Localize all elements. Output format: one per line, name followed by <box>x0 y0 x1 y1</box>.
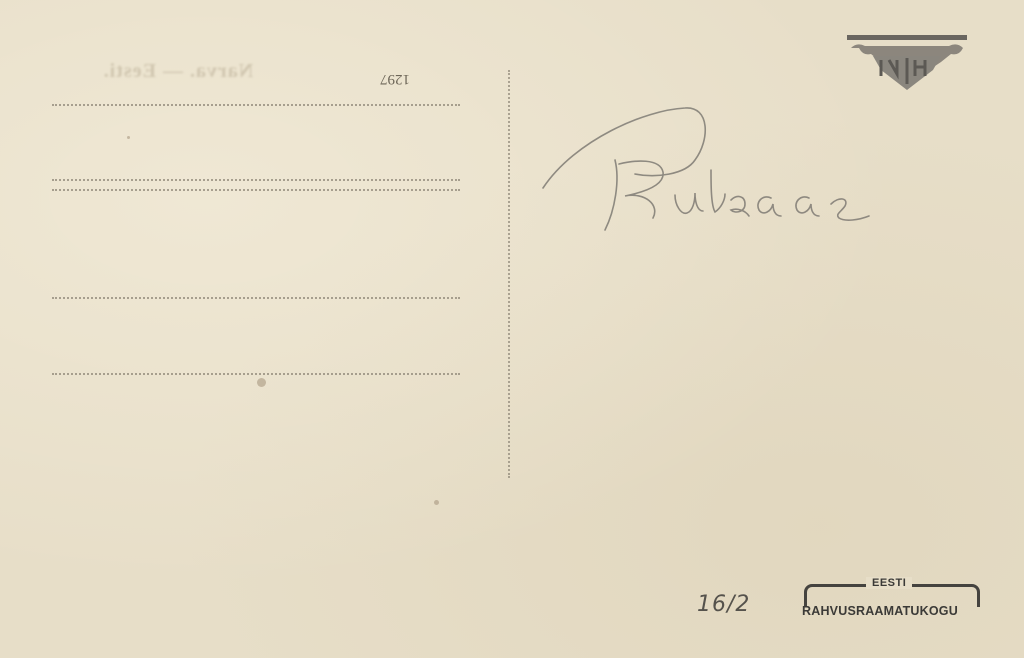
publisher-emblem-icon <box>845 34 969 100</box>
mirrored-printed-number: 1297 <box>380 70 410 87</box>
address-line-2a <box>52 179 460 181</box>
stamp-bottom-text: RAHVUSRAAMATUKOGU <box>802 604 980 618</box>
handwritten-shelfmark: 16/2 <box>697 592 750 617</box>
address-line-4 <box>52 373 460 375</box>
stain-spot <box>127 136 130 139</box>
address-line-3 <box>52 297 460 299</box>
center-divider <box>508 70 510 478</box>
stain-spot <box>434 500 439 505</box>
stain-spot <box>257 378 266 387</box>
stamp-top-text: EESTI <box>866 577 912 589</box>
mirrored-printed-title: Narva. — Eesti. <box>88 60 268 83</box>
library-stamp: EESTI RAHVUSRAAMATUKOGU <box>802 580 980 622</box>
address-line-1 <box>52 104 460 106</box>
postcard-back: Narva. — Eesti. 1297 Bulraar 16/2 EESTI … <box>0 0 1024 658</box>
address-line-2b <box>52 189 460 191</box>
